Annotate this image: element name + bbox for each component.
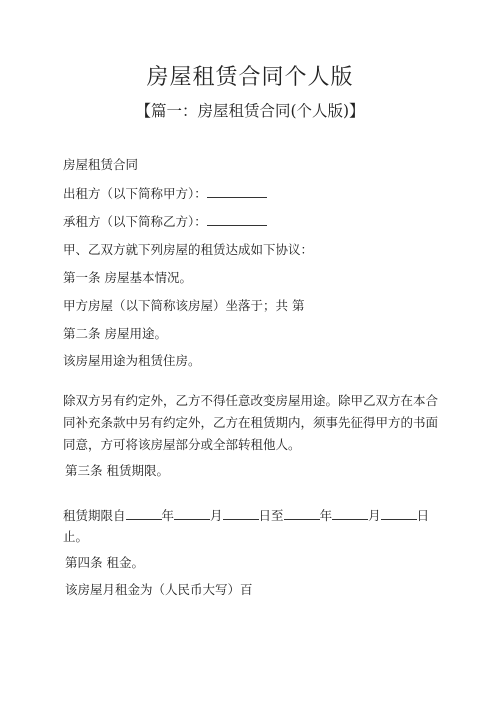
term-line: 租赁期限自年月日至年月日 (63, 506, 429, 524)
end-year-blank (284, 507, 320, 520)
day-to-label: 日至 (259, 508, 284, 523)
end-month-blank (332, 507, 368, 520)
month-label: 月 (368, 508, 381, 523)
agreement-line: 甲、乙双方就下列房屋的租赁达成如下协议： (63, 240, 313, 258)
end-day-blank (381, 507, 417, 520)
contract-heading: 房屋租赁合同 (63, 155, 138, 173)
start-month-blank (174, 507, 210, 520)
lessor-blank (207, 185, 267, 198)
rent-line: 该房屋月租金为（人民币大写）百 (65, 580, 253, 598)
lessee-blank (207, 213, 267, 226)
start-day-blank (223, 507, 259, 520)
location-line: 甲方房屋（以下简称该房屋）坐落于；共 第 (63, 296, 304, 314)
start-year-blank (126, 507, 162, 520)
month-label: 月 (210, 508, 223, 523)
lessee-label: 承租方（以下简称乙方）： (63, 214, 207, 229)
year-label: 年 (320, 508, 333, 523)
term-prefix: 租赁期限自 (63, 508, 126, 523)
usage-line: 该房屋用途为租赁住房。 (63, 351, 201, 369)
document-title: 房屋租赁合同个人版 (0, 60, 500, 91)
document-subtitle: 【篇一：房屋租赁合同(个人版)】 (0, 99, 500, 121)
year-label: 年 (162, 508, 175, 523)
article1-heading: 第一条 房屋基本情况。 (63, 268, 192, 286)
lessor-line: 出租方（以下简称甲方）： (63, 184, 267, 202)
lessee-line: 承租方（以下简称乙方）： (63, 212, 267, 230)
article3-heading: 第三条 租赁期限。 (65, 461, 169, 479)
day-label: 日 (417, 508, 430, 523)
lessor-label: 出租方（以下简称甲方）： (63, 186, 207, 201)
article2-heading: 第二条 房屋用途。 (63, 324, 167, 342)
restriction-paragraph: 除双方另有约定外，乙方不得任意改变房屋用途。除甲乙双方在本合同补充条款中另有约定… (63, 390, 443, 456)
term-end: 止。 (63, 527, 88, 545)
article4-heading: 第四条 租金。 (65, 553, 144, 571)
